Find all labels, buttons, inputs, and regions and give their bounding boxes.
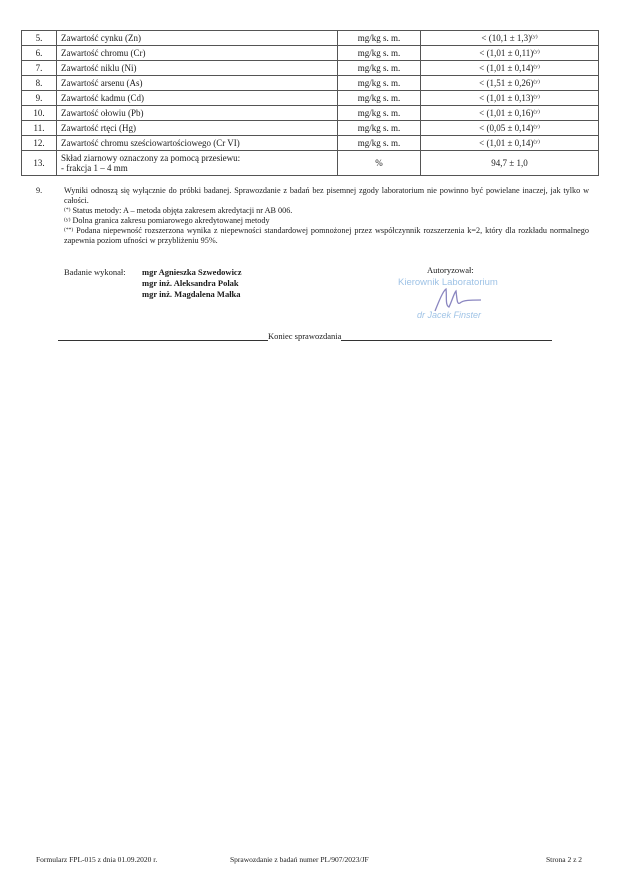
- table-row: 9. Zawartość kadmu (Cd) mg/kg s. m. < (1…: [22, 91, 599, 106]
- results-table: 5. Zawartość cynku (Zn) mg/kg s. m. < (1…: [21, 30, 599, 176]
- parameter-name: Zawartość arsenu (As): [57, 76, 338, 91]
- unit: mg/kg s. m.: [338, 46, 421, 61]
- parameter-name: Zawartość niklu (Ni): [57, 61, 338, 76]
- notes-main: Wyniki odnoszą się wyłącznie do próbki b…: [64, 186, 589, 206]
- table-row: 11. Zawartość rtęci (Hg) mg/kg s. m. < (…: [22, 121, 599, 136]
- performer-names: mgr Agnieszka Szwedowicz mgr inż. Aleksa…: [142, 267, 241, 300]
- row-number: 11.: [22, 121, 57, 136]
- notes-number: 9.: [36, 186, 42, 196]
- parameter-name: Zawartość cynku (Zn): [57, 31, 338, 46]
- row-number: 7.: [22, 61, 57, 76]
- row-number: 5.: [22, 31, 57, 46]
- note-status: (*) Status metody: A – metoda objęta zak…: [64, 206, 589, 216]
- table-row: 13. Skład ziarnowy oznaczony za pomocą p…: [22, 151, 599, 176]
- table-row: 10. Zawartość ołowiu (Pb) mg/kg s. m. < …: [22, 106, 599, 121]
- notes-section: 9. Wyniki odnoszą się wyłącznie do próbk…: [36, 186, 589, 246]
- note-lower-limit: (y) Dolna granica zakresu pomiarowego ak…: [64, 216, 589, 226]
- table-row: 12. Zawartość chromu sześciowartościoweg…: [22, 136, 599, 151]
- row-number: 8.: [22, 76, 57, 91]
- unit: mg/kg s. m.: [338, 31, 421, 46]
- parameter-name: Zawartość kadmu (Cd): [57, 91, 338, 106]
- footer-page: Strona 2 z 2: [546, 855, 582, 864]
- divider: [341, 339, 552, 341]
- table-row: 7. Zawartość niklu (Ni) mg/kg s. m. < (1…: [22, 61, 599, 76]
- unit: mg/kg s. m.: [338, 91, 421, 106]
- footer-form: Formularz FPL-015 z dnia 01.09.2020 r.: [36, 855, 157, 864]
- parameter-name: Zawartość rtęci (Hg): [57, 121, 338, 136]
- note-uncertainty: (**) Podana niepewność rozszerzona wynik…: [64, 226, 589, 246]
- result-value: < (1,01 ± 0,13)(y): [421, 91, 599, 106]
- table-row: 5. Zawartość cynku (Zn) mg/kg s. m. < (1…: [22, 31, 599, 46]
- row-number: 12.: [22, 136, 57, 151]
- unit: mg/kg s. m.: [338, 106, 421, 121]
- result-value: < (1,51 ± 0,26)(y): [421, 76, 599, 91]
- parameter-name: Skład ziarnowy oznaczony za pomocą przes…: [57, 151, 338, 176]
- unit: mg/kg s. m.: [338, 61, 421, 76]
- unit: mg/kg s. m.: [338, 76, 421, 91]
- row-number: 9.: [22, 91, 57, 106]
- divider: [58, 339, 268, 341]
- stamp-name: dr Jacek Finster: [417, 310, 481, 320]
- row-number: 6.: [22, 46, 57, 61]
- result-value: < (10,1 ± 1,3)(y): [421, 31, 599, 46]
- table-row: 8. Zawartość arsenu (As) mg/kg s. m. < (…: [22, 76, 599, 91]
- result-value: < (1,01 ± 0,16)(y): [421, 106, 599, 121]
- result-value: < (1,01 ± 0,11)(y): [421, 46, 599, 61]
- performed-label: Badanie wykonał:: [64, 267, 126, 278]
- parameter-name: Zawartość chromu (Cr): [57, 46, 338, 61]
- result-value: < (1,01 ± 0,14)(y): [421, 61, 599, 76]
- table-row: 6. Zawartość chromu (Cr) mg/kg s. m. < (…: [22, 46, 599, 61]
- unit: mg/kg s. m.: [338, 121, 421, 136]
- footer-report: Sprawozdanie z badań numer PL/907/2023/J…: [230, 855, 369, 864]
- result-value: 94,7 ± 1,0: [421, 151, 599, 176]
- result-value: < (1,01 ± 0,14)(y): [421, 136, 599, 151]
- authorized-label: Autoryzował:: [427, 265, 474, 275]
- parameter-name: Zawartość ołowiu (Pb): [57, 106, 338, 121]
- result-value: < (0,05 ± 0,14)(y): [421, 121, 599, 136]
- end-of-report: Koniec sprawozdania: [58, 331, 563, 341]
- parameter-name: Zawartość chromu sześciowartościowego (C…: [57, 136, 338, 151]
- unit: %: [338, 151, 421, 176]
- unit: mg/kg s. m.: [338, 136, 421, 151]
- row-number: 10.: [22, 106, 57, 121]
- row-number: 13.: [22, 151, 57, 176]
